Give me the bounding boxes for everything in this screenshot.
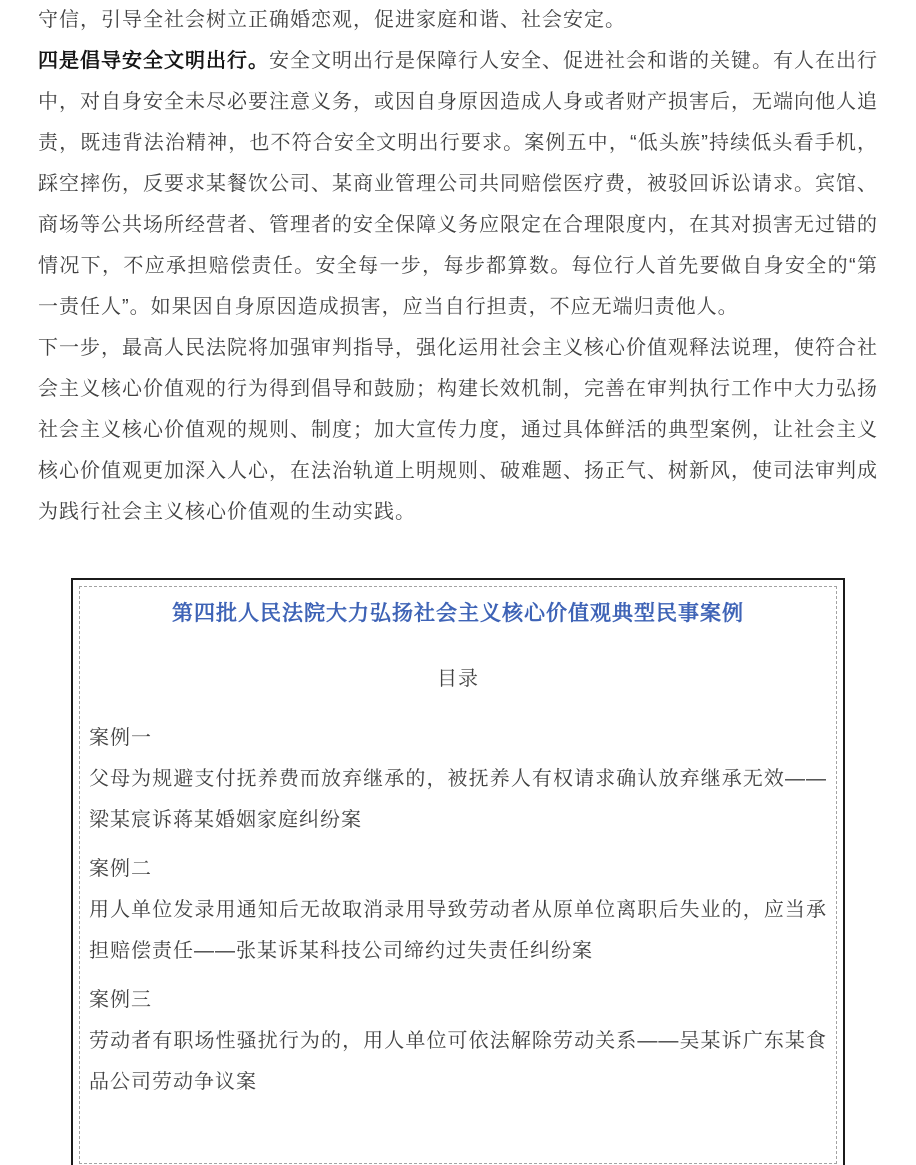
case-box-inner: 第四批人民法院大力弘扬社会主义核心价值观典型民事案例 目录 案例一 父母为规避支… — [79, 586, 837, 1164]
toc-label: 目录 — [89, 659, 827, 700]
paragraph-point-four: 四是倡导安全文明出行。安全文明出行是保障行人安全、促进社会和谐的关键。有人在出行… — [38, 41, 878, 328]
case-description: 用人单位发录用通知后无故取消录用导致劳动者从原单位离职后失业的，应当承担赔偿责任… — [89, 890, 827, 972]
article-body: 守信，引导全社会树立正确婚恋观，促进家庭和谐、社会安定。 四是倡导安全文明出行。… — [0, 0, 916, 1165]
case-description: 父母为规避支付抚养费而放弃继承的，被抚养人有权请求确认放弃继承无效——梁某宸诉蒋… — [89, 759, 827, 841]
case-label: 案例二 — [89, 849, 827, 890]
case-item-3: 案例三 劳动者有职场性骚扰行为的，用人单位可依法解除劳动关系——吴某诉广东某食品… — [89, 980, 827, 1103]
paragraph-conclusion-three: 守信，引导全社会树立正确婚恋观，促进家庭和谐、社会安定。 — [38, 0, 878, 41]
case-item-2: 案例二 用人单位发录用通知后无故取消录用导致劳动者从原单位离职后失业的，应当承担… — [89, 849, 827, 972]
case-box-title: 第四批人民法院大力弘扬社会主义核心价值观典型民事案例 — [89, 599, 827, 629]
paragraph-text: 安全文明出行是保障行人安全、促进社会和谐的关键。有人在出行中，对自身安全未尽必要… — [38, 50, 878, 318]
case-label: 案例三 — [89, 980, 827, 1021]
case-description: 劳动者有职场性骚扰行为的，用人单位可依法解除劳动关系——吴某诉广东某食品公司劳动… — [89, 1021, 827, 1103]
paragraph-lead: 四是倡导安全文明出行。 — [38, 50, 269, 72]
case-item-1: 案例一 父母为规避支付抚养费而放弃继承的，被抚养人有权请求确认放弃继承无效——梁… — [89, 718, 827, 841]
case-box: 第四批人民法院大力弘扬社会主义核心价值观典型民事案例 目录 案例一 父母为规避支… — [71, 578, 845, 1165]
case-label: 案例一 — [89, 718, 827, 759]
paragraph-text: 下一步，最高人民法院将加强审判指导，强化运用社会主义核心价值观释法说理，使符合社… — [38, 337, 878, 523]
paragraph-text: 守信，引导全社会树立正确婚恋观，促进家庭和谐、社会安定。 — [38, 9, 626, 31]
paragraph-next-steps: 下一步，最高人民法院将加强审判指导，强化运用社会主义核心价值观释法说理，使符合社… — [38, 328, 878, 533]
